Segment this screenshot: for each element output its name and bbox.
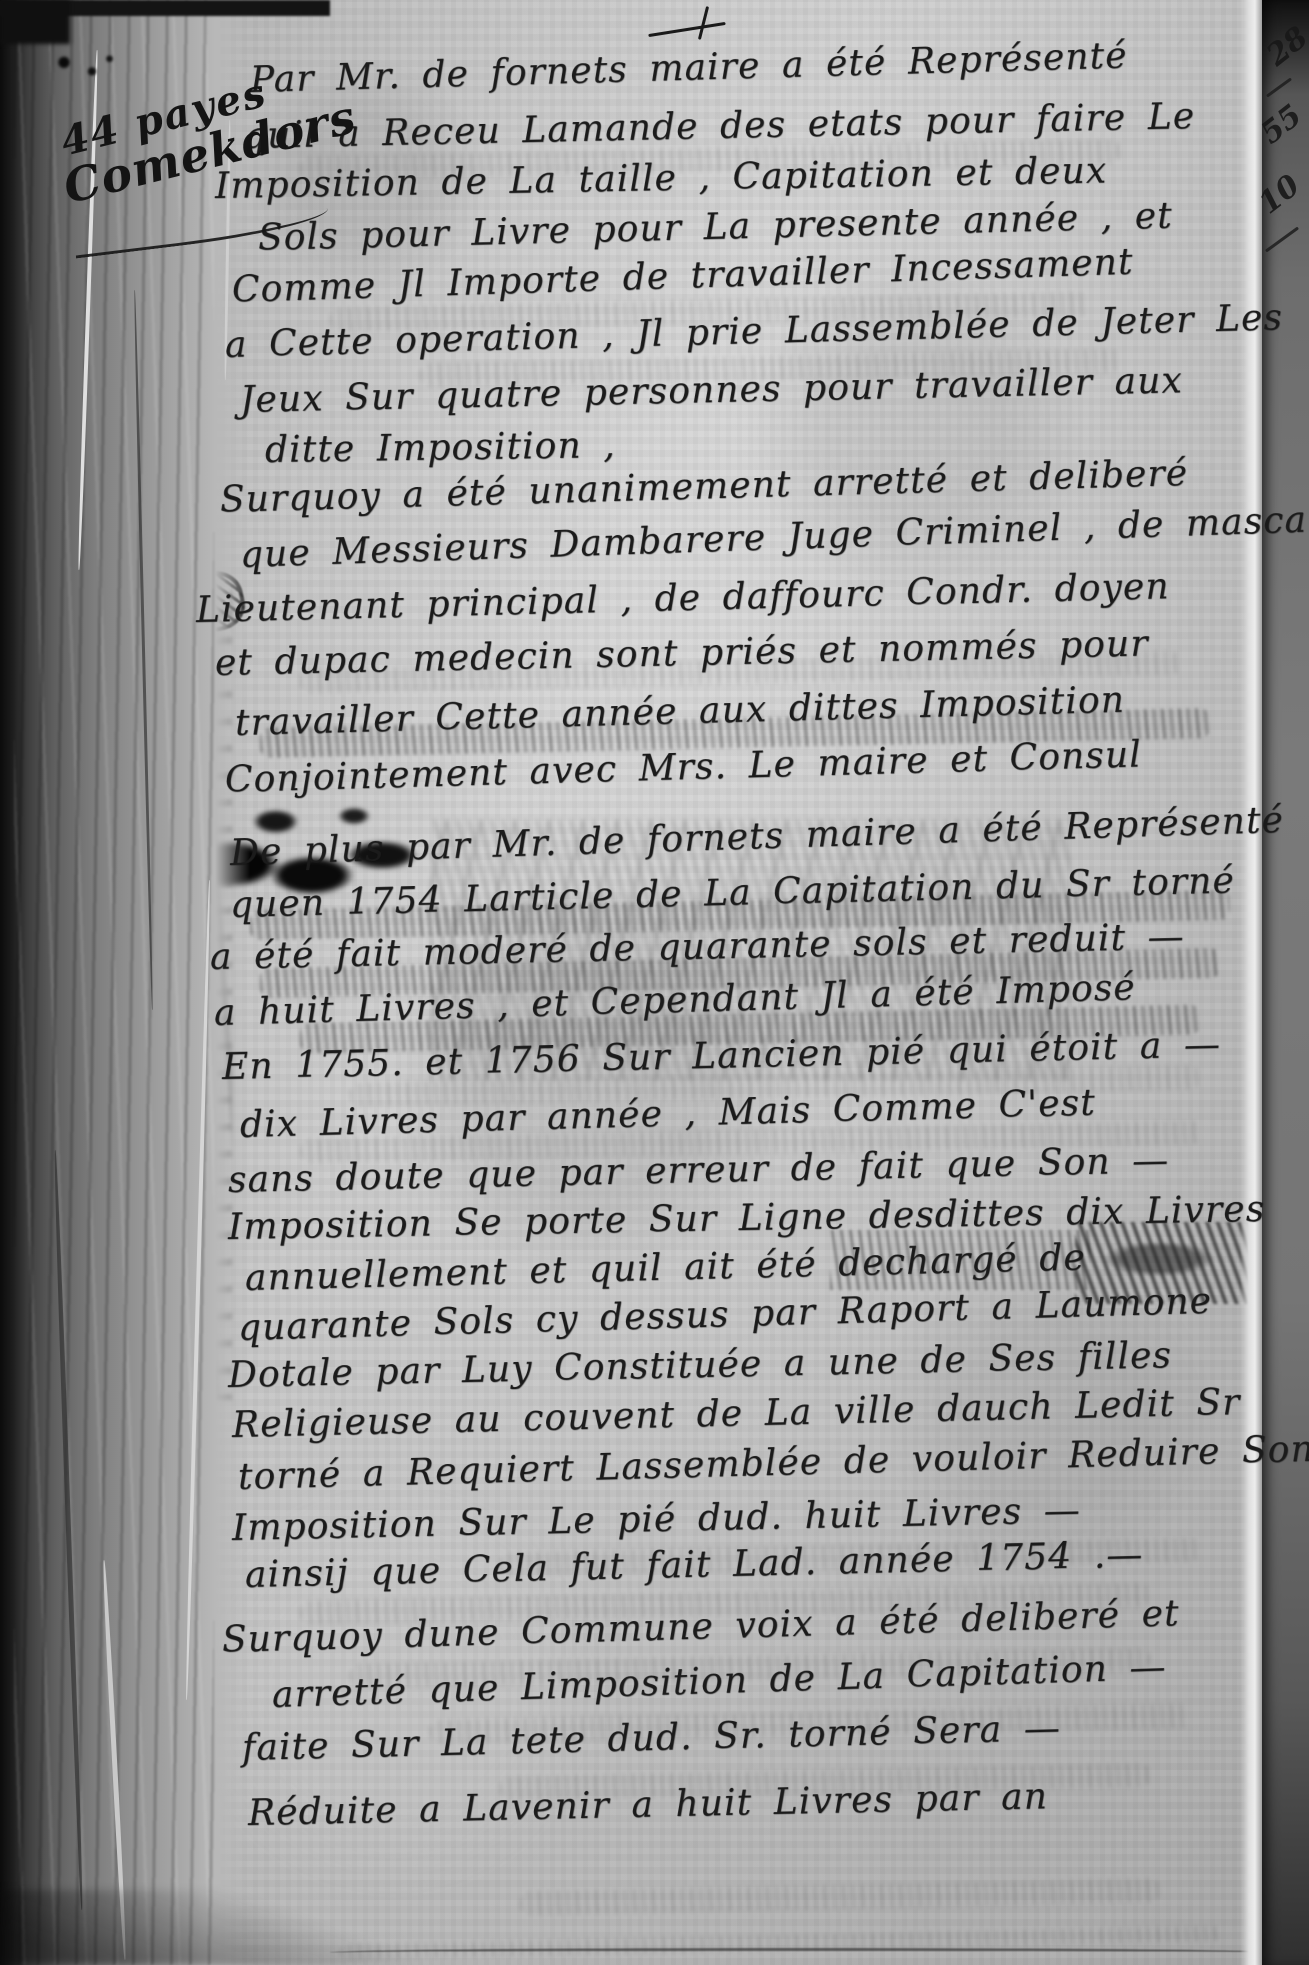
- bottom-page-edge: [330, 1948, 1280, 1957]
- binding-torn-layers: [14, 0, 214, 1965]
- edge-number-underline: [1265, 227, 1299, 253]
- ink-spots: [50, 48, 120, 84]
- bottom-left-shadow: [0, 1890, 420, 1965]
- edge-number-underline: [1266, 77, 1292, 97]
- edge-number: 55: [1254, 98, 1308, 151]
- page-edge-highlight: [1240, 0, 1262, 1965]
- manuscript-line: ditte Imposition ,: [265, 425, 616, 471]
- edge-number: 28: [1260, 20, 1309, 73]
- manuscript-scan: Par Mr. de fornets maire a été Représent…: [0, 0, 1309, 1965]
- top-left-dark-corner: [0, 0, 70, 44]
- adjacent-page-edge: 28 55 10: [1262, 0, 1309, 1965]
